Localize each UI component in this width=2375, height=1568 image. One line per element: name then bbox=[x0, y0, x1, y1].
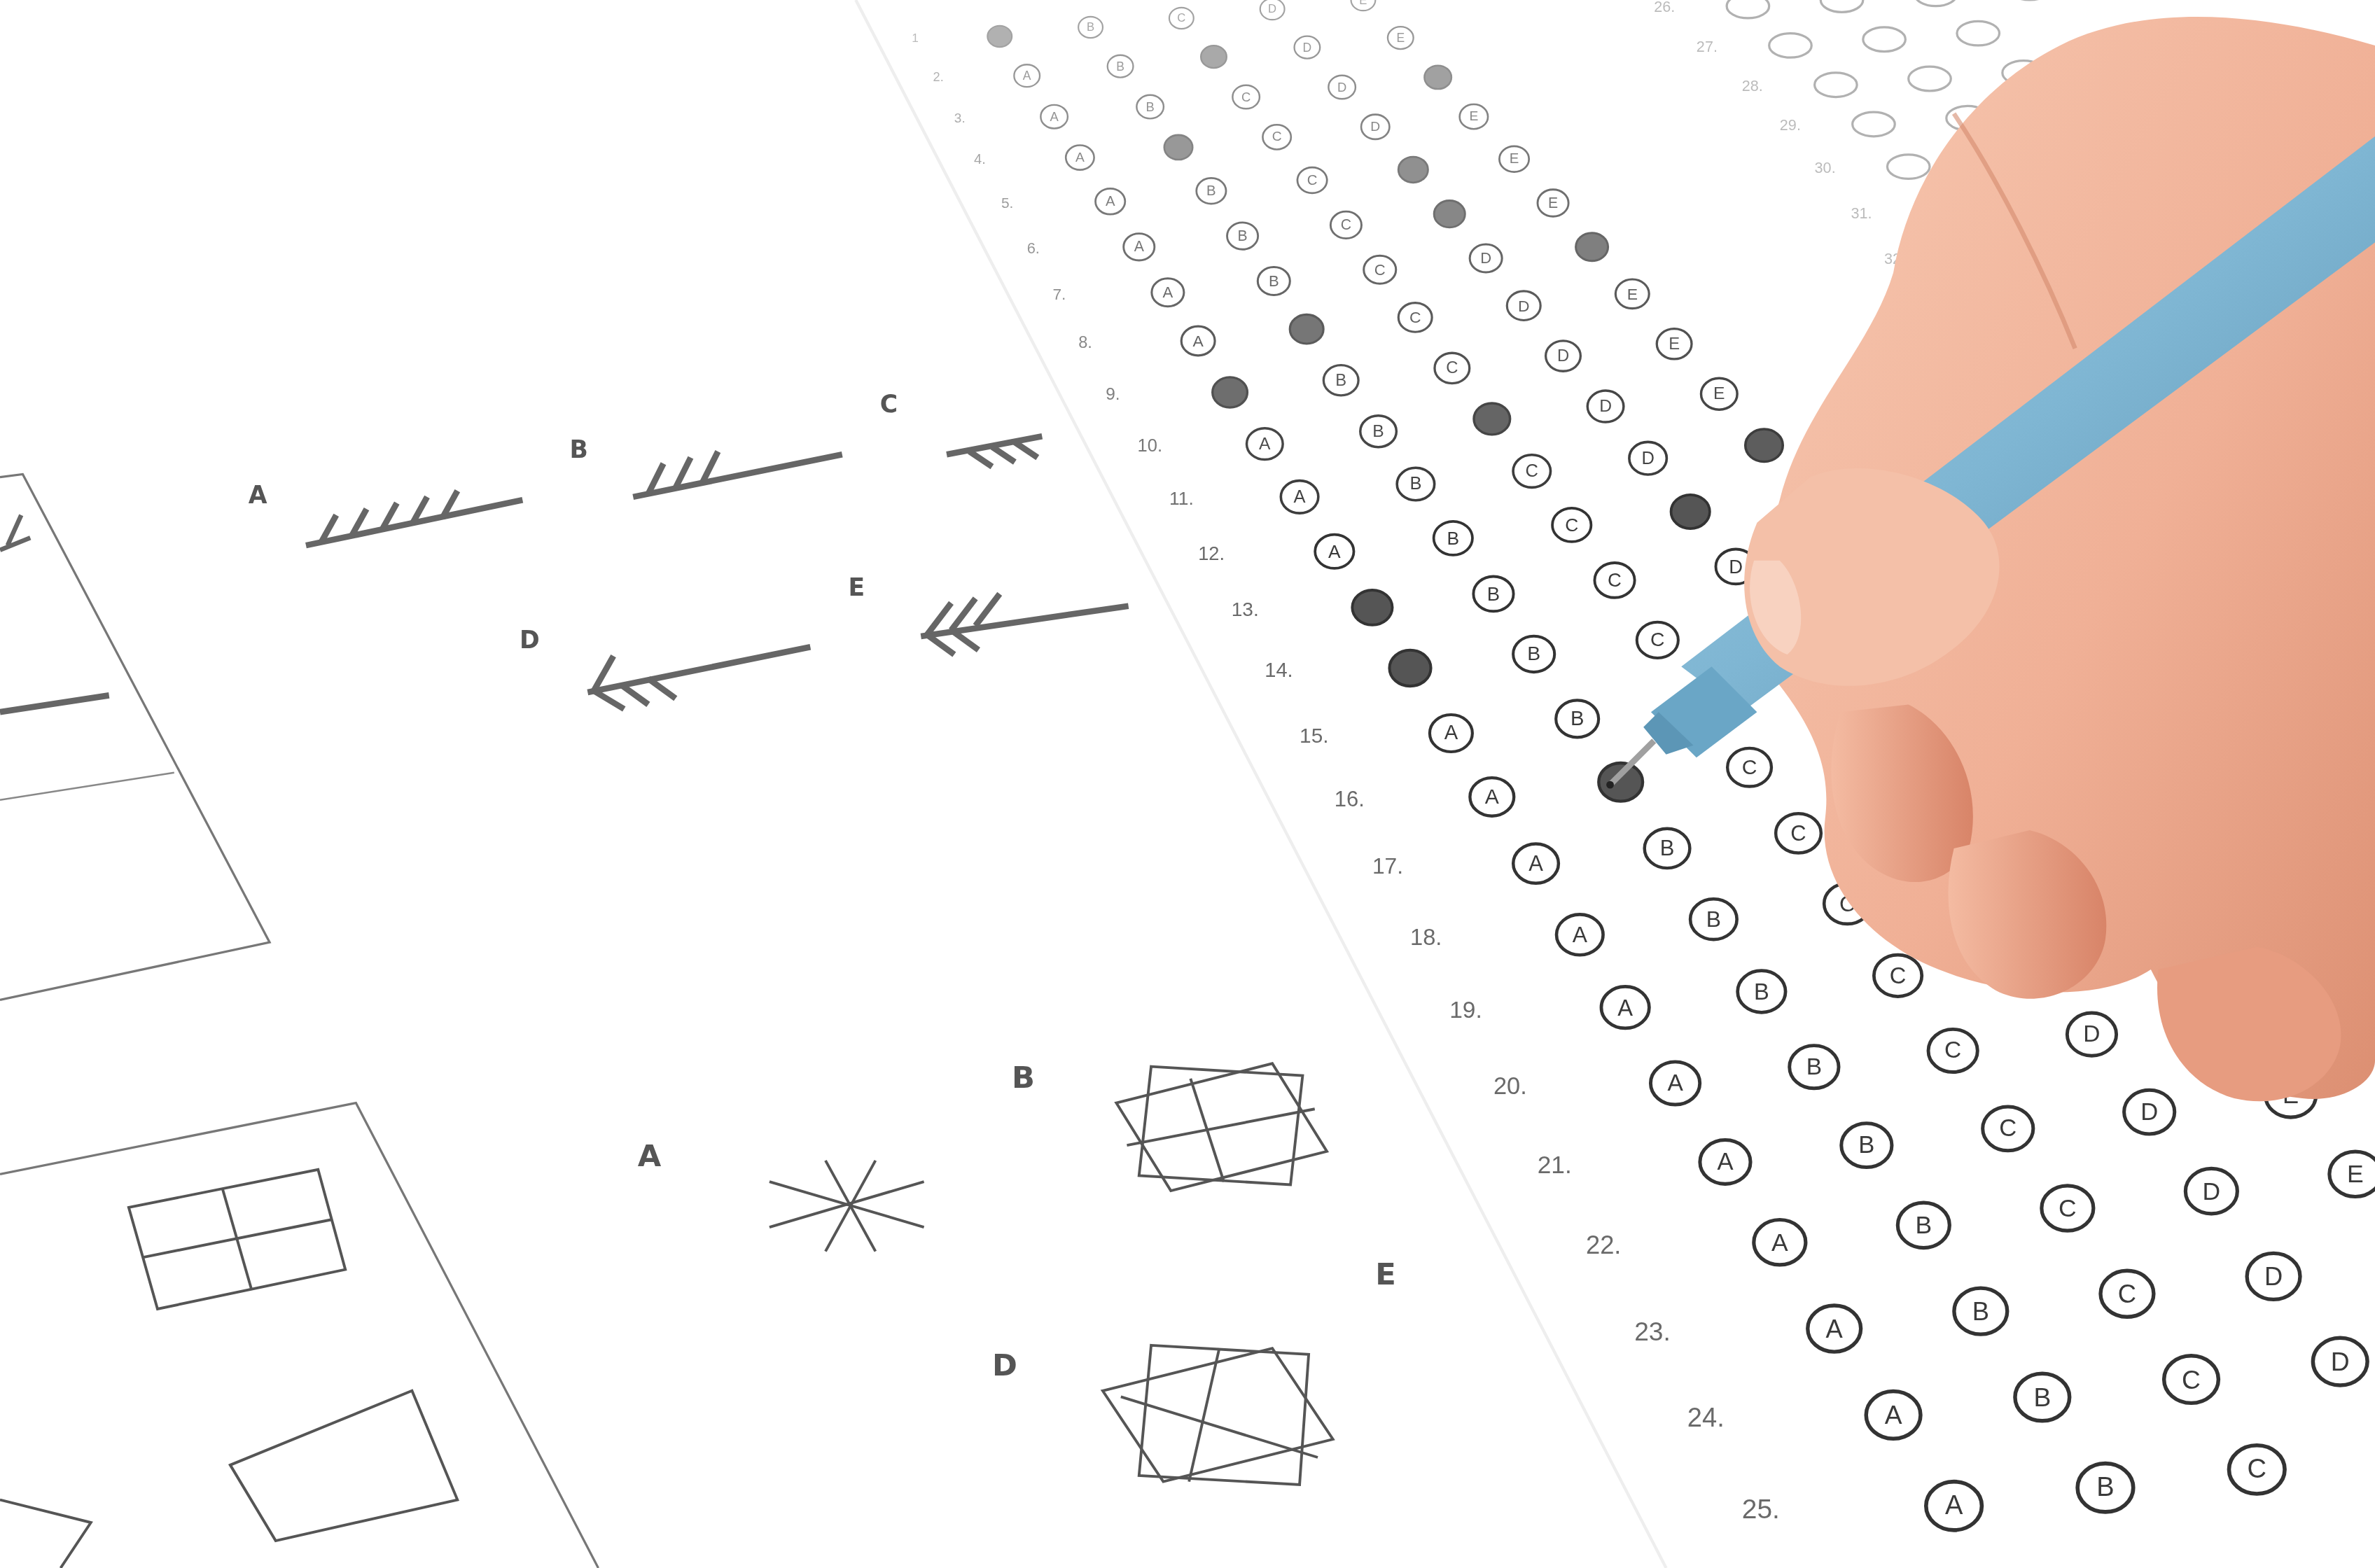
bubble-letter: E bbox=[1396, 31, 1405, 45]
bubble-filled[interactable] bbox=[1576, 233, 1608, 261]
question-number: 26. bbox=[1654, 0, 1675, 15]
bubble-letter: A bbox=[1192, 332, 1204, 350]
question-number: 20. bbox=[1493, 1073, 1527, 1100]
bubble-letter: C bbox=[1790, 821, 1806, 846]
bubble-empty[interactable] bbox=[1909, 66, 1951, 91]
question-number: 6. bbox=[1027, 239, 1040, 257]
question-number: 15. bbox=[1300, 724, 1328, 748]
bubble-letter: D bbox=[1268, 2, 1276, 15]
bubble-empty[interactable] bbox=[1769, 34, 1812, 58]
bubble-letter: C bbox=[1565, 514, 1578, 535]
bubble-letter: A bbox=[1573, 922, 1588, 947]
bubble-letter: B bbox=[1447, 528, 1459, 549]
question-number: 10. bbox=[1138, 436, 1162, 456]
question-number: 16. bbox=[1335, 787, 1365, 811]
question-number: 22. bbox=[1586, 1231, 1622, 1259]
question-number: 21. bbox=[1538, 1151, 1572, 1179]
shape-option-label-b: B bbox=[1012, 1060, 1035, 1095]
bubble-letter: B bbox=[1146, 99, 1155, 114]
bubble-empty[interactable] bbox=[1853, 112, 1895, 136]
bubble-filled[interactable] bbox=[1424, 66, 1451, 90]
bubble-letter: B bbox=[1754, 979, 1769, 1004]
question-number: 9. bbox=[1106, 385, 1120, 404]
question-number: 7. bbox=[1052, 285, 1066, 303]
bubble-letter: D bbox=[1557, 346, 1569, 365]
question-number: 19. bbox=[1449, 997, 1482, 1023]
bubble-letter: B bbox=[1238, 228, 1248, 244]
bubble-letter: D bbox=[2264, 1262, 2283, 1291]
question-number: 5. bbox=[1001, 195, 1013, 211]
bubble-letter: D bbox=[1641, 449, 1654, 468]
pen-tip-point bbox=[1606, 781, 1614, 789]
bubble-letter: C bbox=[1608, 569, 1622, 591]
bubble-letter: A bbox=[1106, 194, 1115, 209]
bubble-letter: C bbox=[1177, 11, 1185, 24]
bubble-letter: E bbox=[1669, 335, 1680, 353]
bubble-letter: C bbox=[1374, 261, 1386, 279]
bubble-filled[interactable] bbox=[1599, 763, 1643, 801]
shape-option-label-d: D bbox=[992, 1348, 1017, 1383]
bubble-letter: C bbox=[2118, 1280, 2136, 1308]
bubble-letter: C bbox=[2059, 1194, 2077, 1222]
bubble-letter: C bbox=[1526, 461, 1538, 481]
bubble-letter: A bbox=[1826, 1315, 1844, 1343]
bubble-letter: A bbox=[1050, 109, 1059, 124]
bubble-letter: A bbox=[1771, 1228, 1788, 1256]
question-number: 14. bbox=[1265, 659, 1293, 682]
bubble-letter: D bbox=[1303, 41, 1312, 55]
bubble-letter: B bbox=[1972, 1297, 1989, 1326]
arrow-option-label-d: D bbox=[520, 626, 540, 654]
bubble-filled[interactable] bbox=[1671, 495, 1710, 528]
bubble-empty[interactable] bbox=[1957, 21, 2000, 45]
bubble-letter: C bbox=[1307, 173, 1318, 188]
bubble-empty[interactable] bbox=[1863, 27, 1906, 52]
bubble-letter: B bbox=[1487, 583, 1500, 605]
bubble-letter: C bbox=[1446, 358, 1458, 377]
bubble-letter: D bbox=[2331, 1347, 2350, 1376]
question-number: 17. bbox=[1372, 853, 1403, 878]
bubble-letter: D bbox=[1370, 120, 1380, 134]
bubble-letter: C bbox=[1341, 217, 1351, 233]
question-number: 23. bbox=[1634, 1317, 1671, 1346]
answer-sheet-photo: A B C D E bbox=[0, 0, 2375, 1568]
bubble-letter: C bbox=[1742, 756, 1757, 779]
bubble-letter: D bbox=[1599, 397, 1612, 416]
bubble-filled[interactable] bbox=[1201, 45, 1227, 68]
question-number: 25. bbox=[1742, 1494, 1780, 1525]
bubble-letter: C bbox=[1272, 129, 1282, 144]
bubble-letter: D bbox=[1518, 297, 1530, 315]
bubble-letter: C bbox=[2248, 1455, 2266, 1484]
bubble-letter: C bbox=[1944, 1037, 1961, 1063]
shape-option-label-a: A bbox=[638, 1139, 662, 1174]
bubble-filled[interactable] bbox=[1474, 403, 1510, 435]
bubble-letter: D bbox=[1480, 250, 1491, 267]
arrow-option-label-c: C bbox=[880, 391, 898, 419]
question-number: 24. bbox=[1687, 1403, 1725, 1433]
bubble-letter: A bbox=[1134, 239, 1145, 255]
bubble-letter: A bbox=[1259, 435, 1271, 454]
bubble-filled[interactable] bbox=[1398, 157, 1428, 183]
bubble-letter: B bbox=[1916, 1211, 1932, 1239]
bubble-empty[interactable] bbox=[1815, 73, 1858, 97]
bubble-letter: E bbox=[1469, 109, 1478, 124]
bubble-letter: E bbox=[1548, 195, 1558, 211]
question-number: 31. bbox=[1851, 204, 1872, 222]
arrow-option-label-e: E bbox=[848, 574, 865, 602]
question-number: 2. bbox=[933, 70, 944, 84]
bubble-letter: D bbox=[2083, 1021, 2100, 1047]
bubble-letter: B bbox=[1660, 836, 1675, 860]
question-number: 11. bbox=[1169, 489, 1194, 510]
question-number: 29. bbox=[1780, 116, 1801, 134]
bubble-empty[interactable] bbox=[1887, 155, 1930, 179]
bubble-letter: E bbox=[1510, 151, 1519, 167]
bubble-letter: C bbox=[1999, 1115, 2017, 1142]
bubble-letter: E bbox=[1713, 384, 1725, 403]
bubble-letter: C bbox=[1409, 308, 1421, 326]
bubble-filled[interactable] bbox=[1164, 135, 1192, 160]
shape-option-label-e: E bbox=[1375, 1257, 1396, 1292]
question-number: 28. bbox=[1742, 77, 1763, 94]
question-number: 30. bbox=[1815, 159, 1836, 176]
bubble-letter: A bbox=[1717, 1149, 1734, 1175]
bubble-letter: B bbox=[2033, 1382, 2051, 1412]
bubble-letter: C bbox=[1241, 90, 1251, 104]
question-number: 12. bbox=[1198, 542, 1225, 564]
bubble-letter: A bbox=[1945, 1491, 1963, 1520]
bubble-letter: C bbox=[2182, 1365, 2201, 1394]
bubble-letter: B bbox=[1269, 272, 1279, 290]
bubble-letter: A bbox=[1023, 69, 1031, 83]
bubble-filled[interactable] bbox=[1746, 429, 1783, 462]
bubble-empty[interactable] bbox=[1727, 0, 1769, 18]
bubble-filled[interactable] bbox=[1213, 377, 1248, 407]
bubble-letter: C bbox=[1890, 962, 1907, 988]
bubble-filled[interactable] bbox=[1434, 200, 1465, 227]
question-number: 13. bbox=[1232, 598, 1259, 620]
bubble-letter: B bbox=[1372, 422, 1384, 441]
bubble-letter: B bbox=[1527, 643, 1540, 665]
bubble-letter: A bbox=[1163, 283, 1173, 301]
question-number: 3. bbox=[954, 111, 966, 126]
bubble-letter: A bbox=[1485, 785, 1499, 808]
bubble-letter: C bbox=[1650, 629, 1664, 651]
question-number: 1 bbox=[912, 31, 919, 45]
bubble-letter: A bbox=[1328, 541, 1341, 562]
bubble-letter: B bbox=[1335, 371, 1346, 390]
bubble-letter: B bbox=[1858, 1132, 1874, 1158]
arrow-option-label-a: A bbox=[249, 482, 267, 510]
bubble-letter: E bbox=[2347, 1160, 2364, 1188]
bubble-letter: B bbox=[1570, 708, 1584, 730]
bubble-letter: D bbox=[2203, 1177, 2221, 1205]
bubble-letter: B bbox=[1409, 474, 1421, 493]
question-number: 27. bbox=[1697, 38, 1718, 55]
question-number: 8. bbox=[1078, 333, 1092, 351]
bubble-letter: B bbox=[2096, 1473, 2114, 1502]
bubble-letter: B bbox=[1806, 1054, 1822, 1080]
bubble-letter: D bbox=[1729, 556, 1743, 577]
bubble-letter: E bbox=[1359, 0, 1367, 7]
bubble-letter: A bbox=[1075, 150, 1085, 165]
bubble-filled[interactable] bbox=[987, 26, 1012, 47]
bubble-letter: D bbox=[1337, 80, 1346, 94]
bubble-letter: A bbox=[1667, 1070, 1683, 1096]
bubble-letter: B bbox=[1706, 906, 1721, 932]
bubble-letter: A bbox=[1528, 851, 1543, 876]
bubble-letter: D bbox=[2140, 1099, 2158, 1126]
bubble-letter: A bbox=[1444, 722, 1458, 744]
bubble-filled[interactable] bbox=[1389, 650, 1430, 686]
bubble-letter: E bbox=[1627, 285, 1638, 303]
bubble-filled[interactable] bbox=[1352, 590, 1392, 625]
bubble-filled[interactable] bbox=[1290, 314, 1323, 344]
bubble-letter: A bbox=[1617, 995, 1633, 1021]
question-number: 18. bbox=[1410, 924, 1442, 950]
arrow-option-label-b: B bbox=[569, 436, 587, 464]
bubble-letter: B bbox=[1206, 183, 1216, 199]
bubble-letter: B bbox=[1087, 20, 1094, 34]
bubble-letter: A bbox=[1294, 487, 1306, 507]
bubble-letter: B bbox=[1116, 59, 1124, 73]
question-number: 4. bbox=[974, 152, 986, 167]
bubble-letter: A bbox=[1885, 1400, 1902, 1429]
